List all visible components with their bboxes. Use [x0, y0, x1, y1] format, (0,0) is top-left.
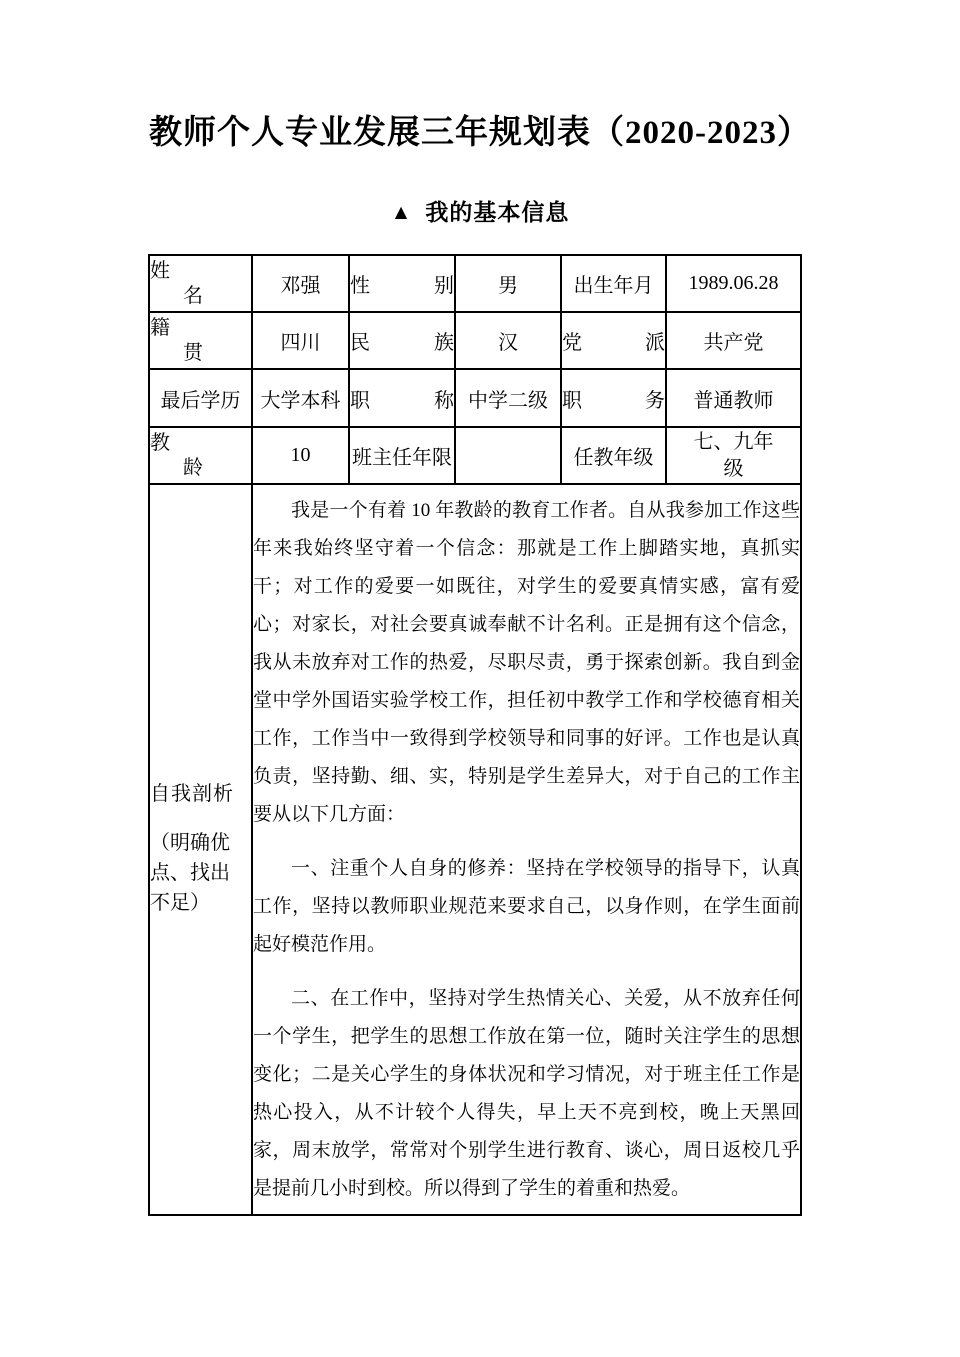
grade-label-cell: 任教年级 [561, 427, 666, 484]
gender-label-cell: 性别 [349, 255, 455, 312]
gender-value: 男 [455, 255, 561, 312]
party-label: 党派 [562, 326, 665, 355]
education-label-cell: 最后学历 [149, 369, 252, 427]
section-title: 我的基本信息 [425, 200, 569, 225]
gender-label: 性别 [350, 269, 454, 298]
teaching-age-label-line2: 龄 [150, 456, 251, 481]
origin-label-line1: 籍 [150, 316, 251, 341]
self-analysis-content-cell: 我是一个有着 10 年教龄的教育工作者。自从我参加工作这些年来我始终坚守着一个信… [252, 484, 801, 1215]
education-value: 大学本科 [252, 369, 349, 427]
position-value: 普通教师 [666, 369, 801, 427]
origin-label-line2: 贯 [150, 341, 251, 366]
head-teacher-years-label-cell: 班主任年限 [349, 427, 455, 484]
origin-label-cell: 籍 贯 [149, 312, 252, 369]
section-heading: ▲我的基本信息 [0, 198, 960, 228]
birth-value: 1989.06.28 [666, 255, 801, 312]
position-label: 职务 [562, 384, 665, 413]
document-page: 教师个人专业发展三年规划表（2020-2023） ▲我的基本信息 姓 名 邓强 … [0, 0, 960, 1357]
table-row: 教 龄 10 班主任年限 任教年级 七、九年级 [149, 427, 801, 484]
table-row: 姓 名 邓强 性别 男 出生年月 1989.06.28 [149, 255, 801, 312]
name-value: 邓强 [252, 255, 349, 312]
basic-info-table: 姓 名 邓强 性别 男 出生年月 1989.06.28 籍 贯 四川 民族 [148, 254, 802, 1216]
birth-label-cell: 出生年月 [561, 255, 666, 312]
table-row: 自我剖析 （明确优点、找出不足） 我是一个有着 10 年教龄的教育工作者。自从我… [149, 484, 801, 1215]
title-label: 职称 [350, 384, 454, 413]
table-row: 最后学历 大学本科 职称 中学二级 职务 普通教师 [149, 369, 801, 427]
party-label-cell: 党派 [561, 312, 666, 369]
title-label-cell: 职称 [349, 369, 455, 427]
ethnicity-value: 汉 [455, 312, 561, 369]
party-value: 共产党 [666, 312, 801, 369]
grade-value-cell: 七、九年级 [666, 427, 801, 484]
name-label-line2: 名 [150, 284, 251, 309]
grade-value: 七、九年级 [686, 429, 782, 483]
teaching-age-value: 10 [252, 427, 349, 484]
self-analysis-paragraph-1: 我是一个有着 10 年教龄的教育工作者。自从我参加工作这些年来我始终坚守着一个信… [253, 492, 800, 834]
document-title: 教师个人专业发展三年规划表（2020-2023） [0, 0, 960, 154]
self-analysis-note: （明确优点、找出不足） [150, 828, 245, 918]
teaching-age-label-cell: 教 龄 [149, 427, 252, 484]
triangle-icon: ▲ [391, 200, 413, 224]
name-label-line1: 姓 [150, 259, 251, 284]
teaching-age-label-line1: 教 [150, 431, 251, 456]
ethnicity-label: 民族 [350, 326, 454, 355]
self-analysis-paragraph-3: 二、在工作中，坚持对学生热情关心、关爱，从不放弃任何一个学生，把学生的思想工作放… [253, 980, 800, 1208]
head-teacher-years-value [455, 427, 561, 484]
self-analysis-title: 自我剖析 [150, 782, 251, 806]
position-label-cell: 职务 [561, 369, 666, 427]
ethnicity-label-cell: 民族 [349, 312, 455, 369]
self-analysis-label-cell: 自我剖析 （明确优点、找出不足） [149, 484, 252, 1215]
self-analysis-paragraph-2: 一、注重个人自身的修养：坚持在学校领导的指导下，认真工作，坚持以教师职业规范来要… [253, 850, 800, 964]
table-row: 籍 贯 四川 民族 汉 党派 共产党 [149, 312, 801, 369]
title-value: 中学二级 [455, 369, 561, 427]
origin-value: 四川 [252, 312, 349, 369]
name-label-cell: 姓 名 [149, 255, 252, 312]
